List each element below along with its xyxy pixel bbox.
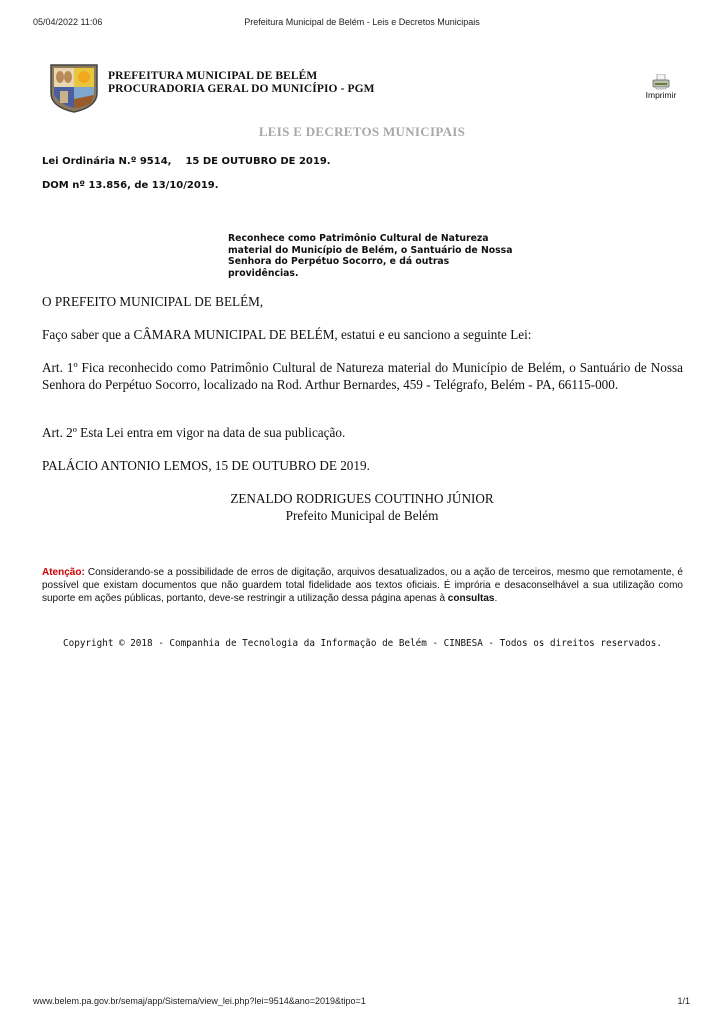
copyright-notice: Copyright © 2018 - Companhia de Tecnolog… — [42, 638, 683, 649]
article-2: Art. 2º Esta Lei entra em vigor na data … — [42, 425, 683, 442]
organization-name: PREFEITURA MUNICIPAL DE BELÉM PROCURADOR… — [108, 70, 375, 96]
signatory-title: Prefeito Municipal de Belém — [0, 508, 724, 525]
law-number-line: Lei Ordinária N.º 9514,15 DE OUTUBRO DE … — [42, 156, 331, 167]
page-url: www.belem.pa.gov.br/semaj/app/Sistema/vi… — [33, 996, 366, 1006]
page-number: 1/1 — [677, 996, 690, 1006]
signature-block: ZENALDO RODRIGUES COUTINHO JÚNIOR Prefei… — [0, 491, 724, 524]
enactment-clause: Faço saber que a CÂMARA MUNICIPAL DE BEL… — [42, 327, 683, 344]
signatory-name: ZENALDO RODRIGUES COUTINHO JÚNIOR — [0, 491, 724, 508]
place-date: PALÁCIO ANTONIO LEMOS, 15 DE OUTUBRO DE … — [42, 458, 683, 475]
law-date: 15 DE OUTUBRO DE 2019. — [185, 156, 330, 167]
law-ementa: Reconhece como Patrimônio Cultural de Na… — [228, 233, 518, 279]
coat-of-arms-icon — [47, 61, 101, 113]
print-page-title: Prefeitura Municipal de Belém - Leis e D… — [0, 17, 724, 27]
print-button[interactable]: Imprimir — [640, 72, 682, 104]
disclaimer-text: Considerando-se a possibilidade de erros… — [42, 567, 683, 604]
disclaimer-emphasis: consultas — [448, 593, 495, 604]
article-1: Art. 1º Fica reconhecido como Patrimônio… — [42, 360, 683, 393]
dom-line: DOM nº 13.856, de 13/10/2019. — [42, 180, 219, 191]
preamble: O PREFEITO MUNICIPAL DE BELÉM, — [42, 294, 683, 311]
disclaimer: Atenção: Considerando-se a possibilidade… — [42, 566, 683, 605]
printer-icon — [652, 74, 670, 90]
org-line-2: PROCURADORIA GERAL DO MUNICÍPIO - PGM — [108, 83, 375, 96]
disclaimer-label: Atenção: — [42, 567, 85, 578]
disclaimer-end: . — [494, 593, 497, 604]
law-number: Lei Ordinária N.º 9514, — [42, 156, 171, 167]
section-title: LEIS E DECRETOS MUNICIPAIS — [0, 124, 724, 140]
print-header: 05/04/2022 11:06 Prefeitura Municipal de… — [0, 17, 724, 31]
print-button-label: Imprimir — [640, 90, 682, 100]
print-footer: www.belem.pa.gov.br/semaj/app/Sistema/vi… — [0, 996, 724, 1010]
org-line-1: PREFEITURA MUNICIPAL DE BELÉM — [108, 70, 375, 83]
